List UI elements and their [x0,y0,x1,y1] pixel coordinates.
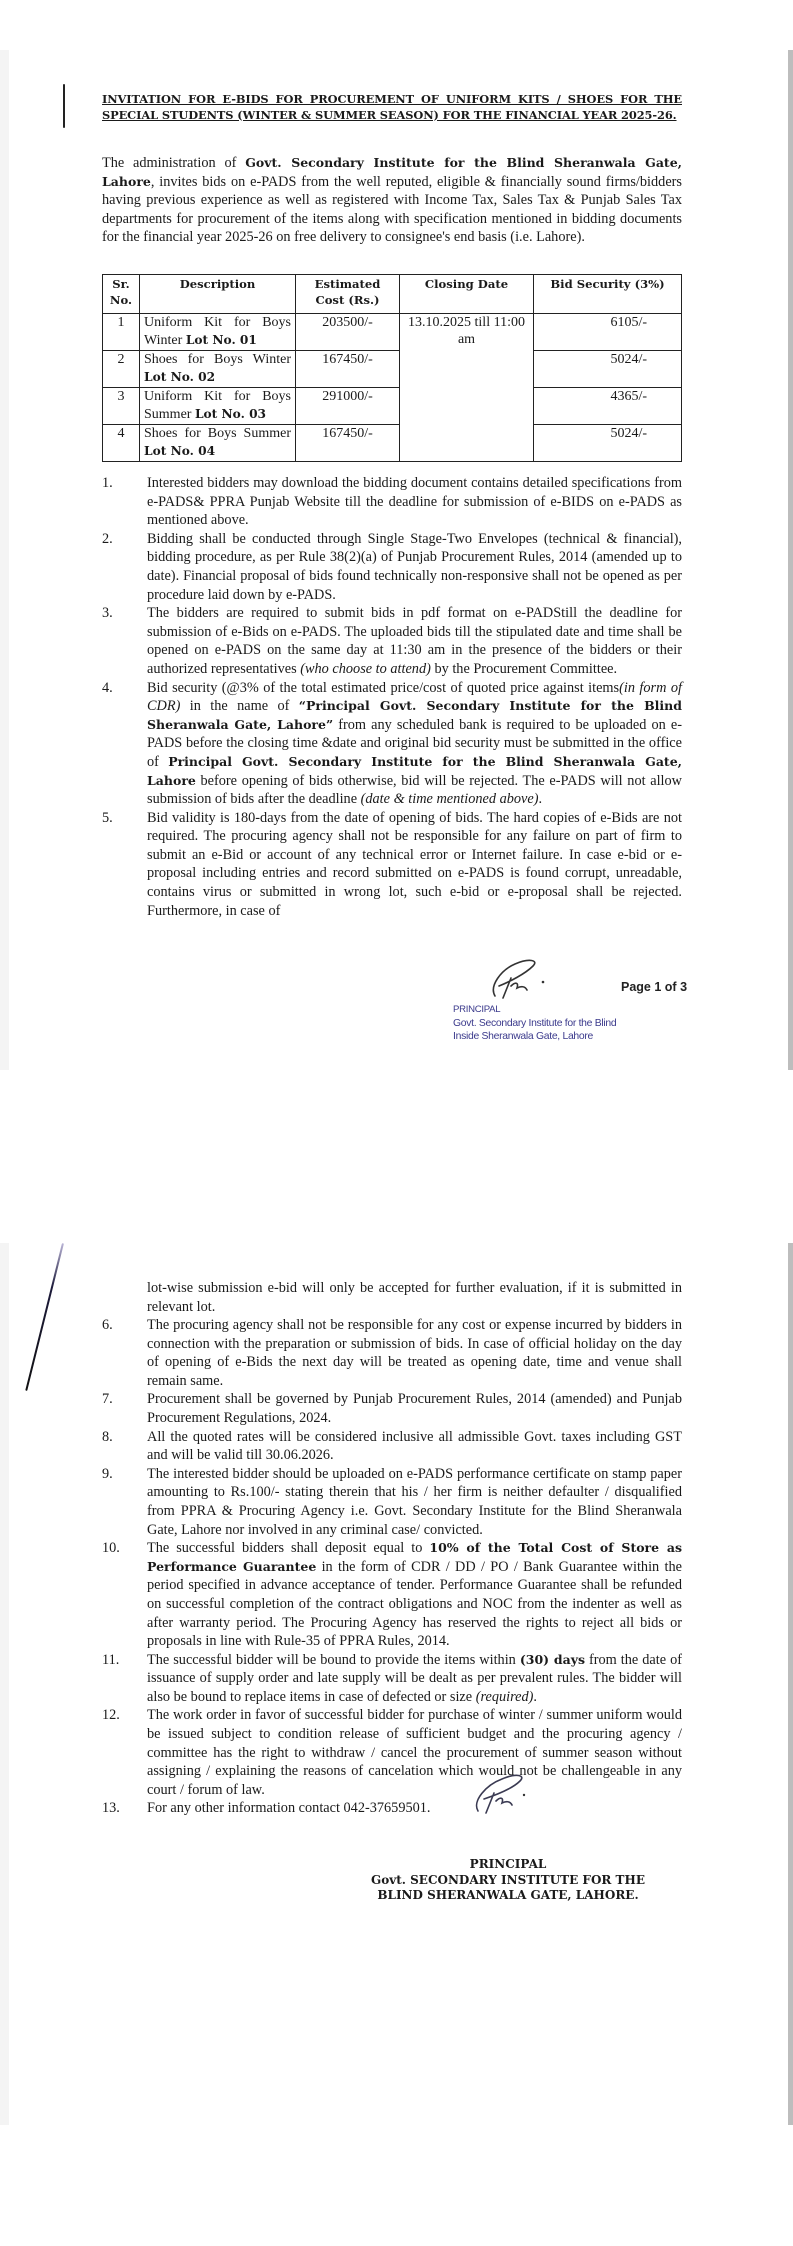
document-title: INVITATION FOR E-BIDS FOR PROCUREMENT OF… [102,92,682,123]
table-row: 2 Shoes for Boys Winter Lot No. 02 16745… [103,351,682,388]
table-header-row: Sr. No. Description Estimated Cost (Rs.)… [103,275,682,314]
intro-paragraph: The administration of Govt. Secondary In… [102,154,682,247]
closing-date-cell: 13.10.2025 till 11:00 am [400,314,534,462]
pen-margin-mark [63,84,65,128]
table-row: 4 Shoes for Boys Summer Lot No. 04 16745… [103,425,682,462]
col-closing-date: Closing Date [400,275,534,314]
document-page-2: lot-wise submission e-bid will only be a… [0,1243,793,2125]
clause-3: 3.The bidders are required to submit bid… [102,604,682,678]
table-row: 1 Uniform Kit for Boys Winter Lot No. 01… [103,314,682,351]
clause-5: 5.Bid validity is 180-days from the date… [102,809,682,921]
signatory-block: PRINCIPAL Govt. SECONDARY INSTITUTE FOR … [358,1857,658,1904]
col-estimated-cost: Estimated Cost (Rs.) [296,275,400,314]
clause-13: 13.For any other information contact 042… [102,1799,682,1818]
clause-11: 11.The successful bidder will be bound t… [102,1651,682,1707]
table-row: 3 Uniform Kit for Boys Summer Lot No. 03… [103,388,682,425]
clause-10: 10.The successful bidders shall deposit … [102,1539,682,1651]
signature-icon [485,956,555,1002]
col-description: Description [140,275,296,314]
clause-4: 4.Bid security (@3% of the total estimat… [102,679,682,809]
official-stamp: PRINCIPAL Govt. Secondary Institute for … [453,1003,616,1044]
bids-table: Sr. No. Description Estimated Cost (Rs.)… [102,274,682,462]
document-page-1: INVITATION FOR E-BIDS FOR PROCUREMENT OF… [0,50,793,1070]
clause-1: 1.Interested bidders may download the bi… [102,474,682,530]
col-sr-no: Sr. No. [103,275,140,314]
clause-8: 8.All the quoted rates will be considere… [102,1428,682,1465]
pen-margin-mark [25,1243,64,1391]
clauses-list-page-2: 6.The procuring agency shall not be resp… [102,1316,682,1818]
clause-7: 7.Procurement shall be governed by Punja… [102,1390,682,1427]
clauses-list-page-1: 1.Interested bidders may download the bi… [102,474,682,920]
clause-5-continued: lot-wise submission e-bid will only be a… [147,1279,682,1316]
clause-9: 9.The interested bidder should be upload… [102,1465,682,1539]
clause-2: 2.Bidding shall be conducted through Sin… [102,530,682,604]
clause-12: 12.The work order in favor of successful… [102,1706,682,1799]
col-bid-security: Bid Security (3%) [534,275,682,314]
page-number: Page 1 of 3 [621,980,687,994]
signature-icon [470,1771,540,1817]
clause-6: 6.The procuring agency shall not be resp… [102,1316,682,1390]
